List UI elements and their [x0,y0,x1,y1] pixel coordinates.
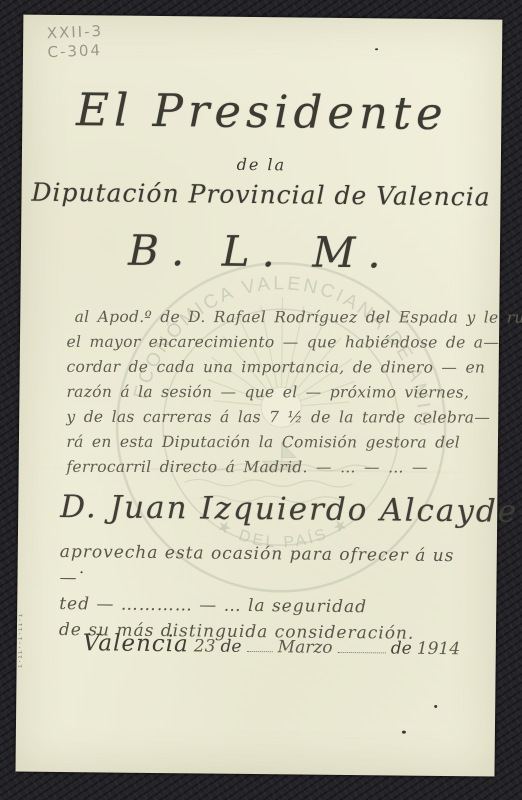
body-line: razón á la sesión — que el — próximo vie… [66,380,472,406]
dateline-month: Marzo [278,637,333,658]
archival-pencil-note: XXII-3 C-304 [46,22,104,62]
scanner-background: ECONÓMICA VALENCIANA DE AMIGOS ★ DEL PAÍ… [0,0,522,800]
body-line: el mayor encarecimiento — que habiéndose… [67,330,473,356]
ink-speck [375,48,378,50]
dateline: Valencia 23 de Marzo de 1914 [83,630,461,660]
body-line: cordar de cada una importancia, de diner… [66,355,472,381]
dotted-leader [247,639,273,652]
dateline-de-2: de [391,638,412,658]
closing-line: aprovecha esta ocasión para ofrecer á us… [59,539,467,595]
dotted-leader [338,640,386,654]
archival-note-line1: XXII-3 [46,22,103,43]
letterhead-subtitle: de la [22,153,501,177]
handwritten-body: al Apod.º de D. Rafael Rodríguez del Esp… [66,305,472,481]
dateline-day: 23 [194,636,216,656]
sender-name: D. Juan Izquierdo Alcayde [60,489,480,529]
dateline-year: 1914 [417,639,460,659]
dateline-city: Valencia [83,630,189,657]
dateline-de-1: de [220,637,241,657]
letter-sheet: ECONÓMICA VALENCIANA DE AMIGOS ★ DEL PAÍ… [15,15,502,777]
letterhead-institution: Diputación Provincial de Valencia [21,178,500,212]
body-line: al Apod.º de D. Rafael Rodríguez del Esp… [67,305,473,331]
letterhead-title: El Presidente [22,83,502,141]
ink-speck [434,705,437,708]
ink-speck [81,571,83,573]
body-line: y de las carreras á las 7 ½ de la tarde … [66,405,472,431]
printer-imprint: ı·ıı··ı·ıı·ı [17,613,25,668]
body-line: ferrocarril directo á Madrid. — … — … — [66,455,472,481]
letterhead-salutation-blm: B. L. M. [21,225,500,279]
ink-speck [402,731,406,734]
body-line: rá en esta Diputación la Comisión gestor… [66,430,472,456]
archival-note-line2: C-304 [47,41,104,62]
